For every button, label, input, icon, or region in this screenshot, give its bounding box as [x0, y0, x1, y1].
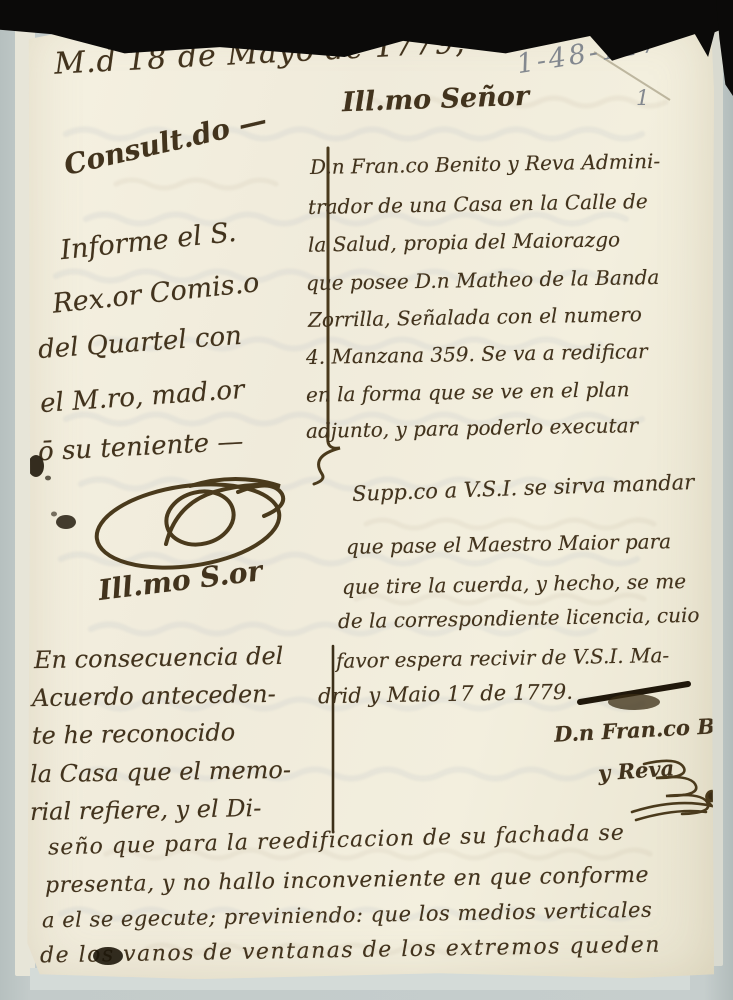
left-block-line: la Casa que el memo- — [30, 756, 291, 789]
manuscript-sheet: M.d 18 de Mayo de 1779, 2 1-48-127 1 Ill… — [26, 14, 714, 982]
left-block-line: te he reconocido — [32, 718, 236, 750]
divider-line — [328, 646, 338, 836]
ink-blot — [576, 676, 696, 712]
salutation: Ill.mo Señor — [342, 81, 530, 119]
folio-number: 1 — [636, 86, 649, 110]
left-block-line: rial refiere, y el Di- — [30, 794, 262, 826]
ink-blot — [88, 944, 128, 968]
scanned-manuscript-page: M.d 18 de Mayo de 1779, 2 1-48-127 1 Ill… — [0, 0, 733, 1000]
left-block-line: Acuerdo anteceden- — [32, 680, 276, 712]
left-block-line: En consecuencia del — [34, 642, 284, 674]
petition-line: drid y Maio 17 de 1779. — [318, 680, 573, 708]
rubric-flourish — [88, 466, 298, 576]
signature-rubric — [626, 754, 721, 824]
ink-blot — [26, 444, 86, 534]
